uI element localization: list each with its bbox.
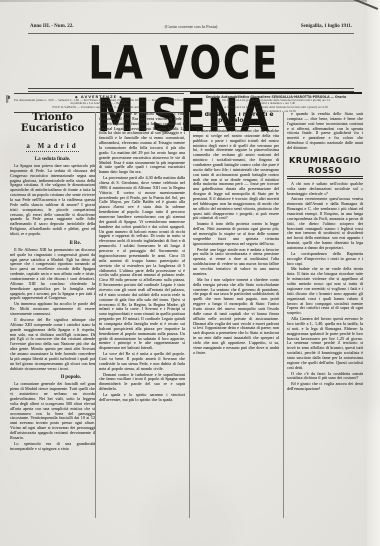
paragraph: Un immenso applauso ha accolto le parole… — [10, 302, 95, 317]
article2-body: È interessantissimo il fenomeno che da q… — [193, 129, 279, 356]
article1-continuation: d'occhio in tutte le direzioni attravers… — [99, 112, 185, 403]
column-2: d'occhio in tutte le direzioni attravers… — [99, 112, 185, 518]
paragraph: Ed è giusto che ci voglia ancora dei den… — [287, 382, 363, 392]
avvertenze-line: ESCE IL SABATO — Un numero separato Cent… — [14, 106, 184, 110]
margin-pilcrow-mark: ⁋ — [5, 94, 11, 105]
column-rule-2 — [189, 112, 190, 518]
article1-section1: La Spagna non poteva dare uno spettacolo… — [10, 164, 95, 237]
subhead-il-re: Il Re. — [10, 241, 95, 246]
paragraph: Ma badate che se ne vuole della teoria t… — [287, 267, 363, 316]
page-right-margin — [367, 0, 380, 546]
column-4: e quando la vendita dello Stato sarà com… — [287, 112, 363, 518]
paragraph: Ma fra i non salprire tornerà a chiedere… — [193, 278, 279, 356]
header-rule — [28, 33, 354, 34]
paragraph: e quando la vendita dello Stato sarà com… — [287, 112, 363, 151]
paragraph: A chi non è saltato nell'occhio qualche … — [287, 182, 363, 197]
article1-section2: Il Re Alfonso XIII ha pronunciato un dis… — [10, 248, 95, 371]
article1-subtitle-wrap: a Madrid — [10, 135, 95, 153]
paragraph: Il Re Alfonso XIII ha pronunciato un dis… — [10, 248, 95, 301]
avvertenze-box: ◆ AVVERTENZE ◆ Per abbonamenti (Anno L. … — [14, 93, 184, 113]
article1-title: Trionfo Eucaristico — [10, 113, 95, 134]
scan-edge-artifact — [0, 0, 380, 2]
paragraph: La Spagna non poteva dare uno spettacolo… — [10, 164, 95, 237]
paragraph: O che c'è da farsi: la cosiddetta onestà… — [287, 372, 363, 382]
column-rule-3 — [283, 112, 284, 518]
subhead-seduta-finale: La seduta finale. — [10, 157, 95, 162]
paragraph: La corrispondenza della Rapineria raccog… — [287, 252, 363, 267]
paragraph: Alla Camera del lavoro questi avevano le… — [287, 317, 363, 370]
column-1: Trionfo Eucaristico a Madrid La seduta f… — [10, 112, 95, 518]
article3-body: A chi non è saltato nell'occhio qualche … — [287, 182, 363, 392]
subhead-il-popolo: Il popolo. — [10, 375, 95, 380]
article2-title: Il dittatore, i moretti e pantalone. — [193, 112, 279, 127]
paragraph: La comunione generale dei fanciulli nel … — [10, 382, 95, 440]
column-rule-1 — [95, 112, 96, 518]
paragraph: d'occhio in tutte le direzioni attravers… — [99, 112, 185, 175]
paragraph: Perchè una legge simile non è andata a f… — [193, 248, 279, 277]
paragraph: È interessantissimo il fenomeno che da q… — [193, 129, 279, 221]
paragraph: Il discorso del Re significa adunque che… — [10, 318, 95, 371]
paragraph: Lo spettacolo era di una grandiosità inc… — [10, 442, 95, 452]
avvertenze-lines: Per abbonamenti (Anno L. 3,00 — Semestre… — [14, 99, 184, 111]
paragraph: Domani contro le turbolenze e le sopraff… — [99, 373, 185, 392]
dateline: Senigallia, 1 luglio 1911. — [301, 24, 352, 29]
column-3: Il dittatore, i moretti e pantalone. È i… — [193, 112, 279, 518]
article2-continuation: e quando la vendita dello Stato sarà com… — [287, 112, 363, 151]
paragraph: Ancora recentemente quest'accusa veniva … — [287, 197, 363, 250]
service-box: Servizio Automobilistico Giornaliero SEN… — [190, 92, 362, 114]
newspaper-page: Anno III. - Num. 22. (Conto corrente con… — [0, 0, 380, 546]
article3-title: KRUMIRAGGIO ROSSO — [287, 155, 363, 179]
article1-subtitle: a Madrid — [26, 142, 78, 152]
paragraph: La processione partì alle 4,30 della mat… — [99, 176, 185, 351]
article1-section3: La comunione generale dei fanciulli nel … — [10, 382, 95, 451]
paragraph: La voce del Re si è unita a quella del p… — [99, 352, 185, 371]
paragraph: La spada e lo spirito saranno i vincitor… — [99, 393, 185, 403]
paragraph: Intanto il tono della protesta contro la… — [193, 222, 279, 246]
article3-title-wrap: KRUMIRAGGIO ROSSO — [287, 155, 363, 179]
